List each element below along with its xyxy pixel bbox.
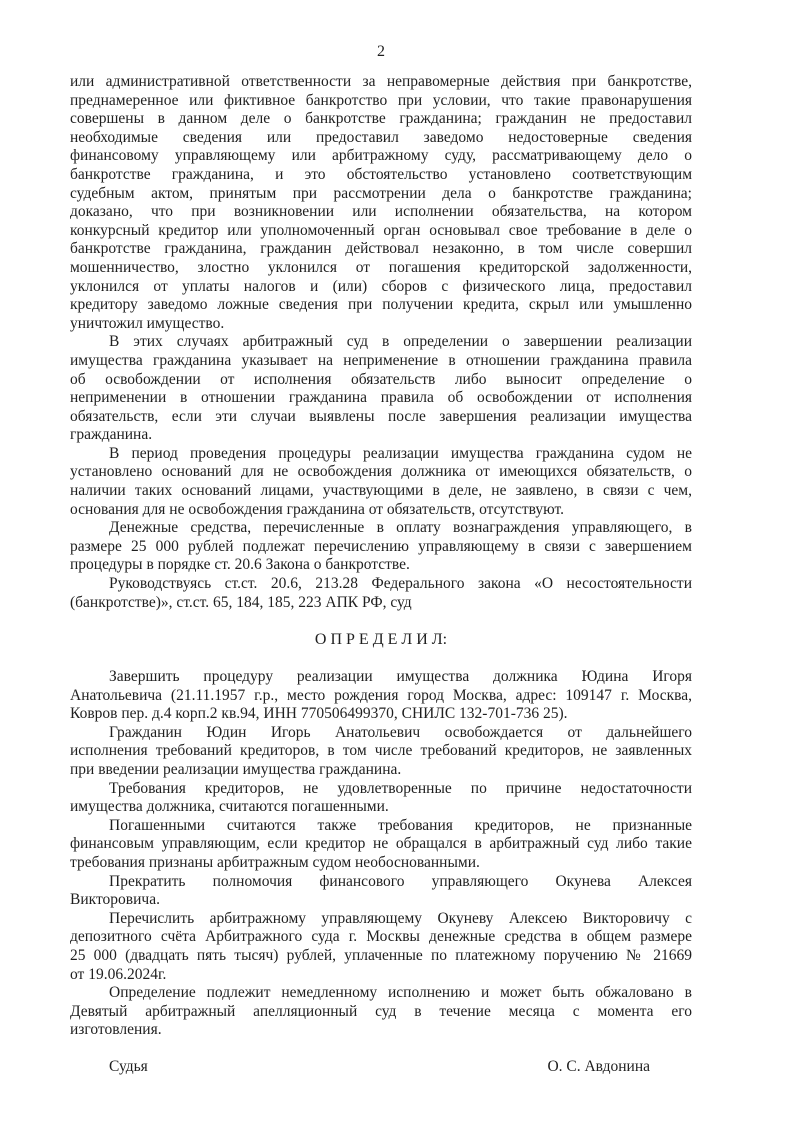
text-line: В период проведения процедуры реализации… (70, 445, 692, 464)
paragraph: В период проведения процедуры реализации… (70, 445, 692, 519)
text-line: изготовления. (70, 1021, 692, 1040)
text-line: имущества должника, считаются погашенным… (70, 798, 692, 817)
text-line: банкротстве гражданина, гражданин действ… (70, 240, 692, 259)
text-line: (банкротстве)», ст.ст. 65, 184, 185, 223… (70, 594, 692, 613)
paragraph: Денежные средства, перечисленные в оплат… (70, 519, 692, 575)
text-line: совершены в данном деле о банкротстве гр… (70, 110, 692, 129)
text-line: банкротстве гражданина, и это обстоятель… (70, 166, 692, 185)
text-line: преднамеренное или фиктивное банкротство… (70, 92, 692, 111)
paragraph: Требования кредиторов, не удовлетворенны… (70, 780, 692, 817)
text-line: кредитору заведомо ложные сведения при п… (70, 296, 692, 315)
judge-name: О. С. Авдонина (547, 1058, 650, 1077)
text-line: мошенничество, злостно уклонился от пога… (70, 259, 692, 278)
text-line: финансовым управляющим, если кредитор не… (70, 835, 692, 854)
text-line: судебным актом, принятым при рассмотрени… (70, 185, 692, 204)
text-line: Анатольевича (21.11.1957 г.р., место рож… (70, 687, 692, 706)
text-line: Денежные средства, перечисленные в оплат… (70, 519, 692, 538)
text-line: В этих случаях арбитражный суд в определ… (70, 333, 692, 352)
text-line: об освобождении от исполнения обязательс… (70, 371, 692, 390)
paragraph: Погашенными считаются также требования к… (70, 817, 692, 873)
text-line: Завершить процедуру реализации имущества… (70, 668, 692, 687)
text-line: Погашенными считаются также требования к… (70, 817, 692, 836)
text-line: требования признаны арбитражным судом не… (70, 854, 692, 873)
paragraph: Руководствуясь ст.ст. 20.6, 213.28 Федер… (70, 575, 692, 612)
text-line: исполнения требований кредиторов, в том … (70, 742, 692, 761)
page-number: 2 (70, 42, 692, 61)
text-line: необходимые сведения или предоставил зав… (70, 129, 692, 148)
text-line: доказано, что при возникновении или испо… (70, 203, 692, 222)
text-line: 25 000 (двадцать пять тысяч) рублей, упл… (70, 947, 692, 966)
text-line: Ковров пер. д.4 корп.2 кв.94, ИНН 770506… (70, 705, 692, 724)
paragraph: Перечислить арбитражному управляющему Ок… (70, 910, 692, 984)
text-line: неприменении в отношении гражданина прав… (70, 389, 692, 408)
paragraph: Гражданин Юдин Игорь Анатольевич освобож… (70, 724, 692, 780)
text-line: процедуры в порядке ст. 20.6 Закона о ба… (70, 556, 692, 575)
text-line: наличии таких оснований лицами, участвую… (70, 482, 692, 501)
ruling-heading: О П Р Е Д Е Л И Л: (70, 631, 692, 650)
paragraph: В этих случаях арбитражный суд в определ… (70, 333, 692, 445)
text-line: Прекратить полномочия финансового управл… (70, 873, 692, 892)
text-line: основания для не освобождения гражданина… (70, 501, 692, 520)
text-line: уничтожил имущество. (70, 315, 692, 334)
text-line: депозитного счёта Арбитражного суда г. М… (70, 928, 692, 947)
text-line: или административной ответственности за … (70, 73, 692, 92)
text-line: гражданина. (70, 426, 692, 445)
judge-label: Судья (109, 1058, 148, 1077)
text-line: Требования кредиторов, не удовлетворенны… (70, 780, 692, 799)
text-line: от 19.06.2024г. (70, 966, 692, 985)
text-line: Гражданин Юдин Игорь Анатольевич освобож… (70, 724, 692, 743)
text-line: установлено оснований для не освобождени… (70, 463, 692, 482)
text-line: имущества гражданина указывает на неприм… (70, 352, 692, 371)
text-line: конкурсный кредитор или уполномоченный о… (70, 222, 692, 241)
paragraph: Прекратить полномочия финансового управл… (70, 873, 692, 910)
text-line: финансовому управляющему или арбитражном… (70, 147, 692, 166)
text-line: Девятый арбитражный апелляционный суд в … (70, 1003, 692, 1022)
paragraph: Завершить процедуру реализации имущества… (70, 668, 692, 724)
text-line: обязательств, если эти случаи выявлены п… (70, 408, 692, 427)
text-line: размере 25 000 рублей подлежат перечисле… (70, 538, 692, 557)
text-line: Викторовича. (70, 891, 692, 910)
text-line: Перечислить арбитражному управляющему Ок… (70, 910, 692, 929)
document-body: или административной ответственности за … (70, 73, 692, 1077)
paragraph: Определение подлежит немедленному исполн… (70, 984, 692, 1040)
document-page: 2 или административной ответственности з… (0, 0, 800, 1131)
text-line: Руководствуясь ст.ст. 20.6, 213.28 Федер… (70, 575, 692, 594)
text-line: Определение подлежит немедленному исполн… (70, 984, 692, 1003)
signature-row: СудьяО. С. Авдонина (70, 1058, 692, 1077)
text-line: уклонился от уплаты налогов и (или) сбор… (70, 278, 692, 297)
text-line: при введении реализации имущества гражда… (70, 761, 692, 780)
paragraph: или административной ответственности за … (70, 73, 692, 333)
